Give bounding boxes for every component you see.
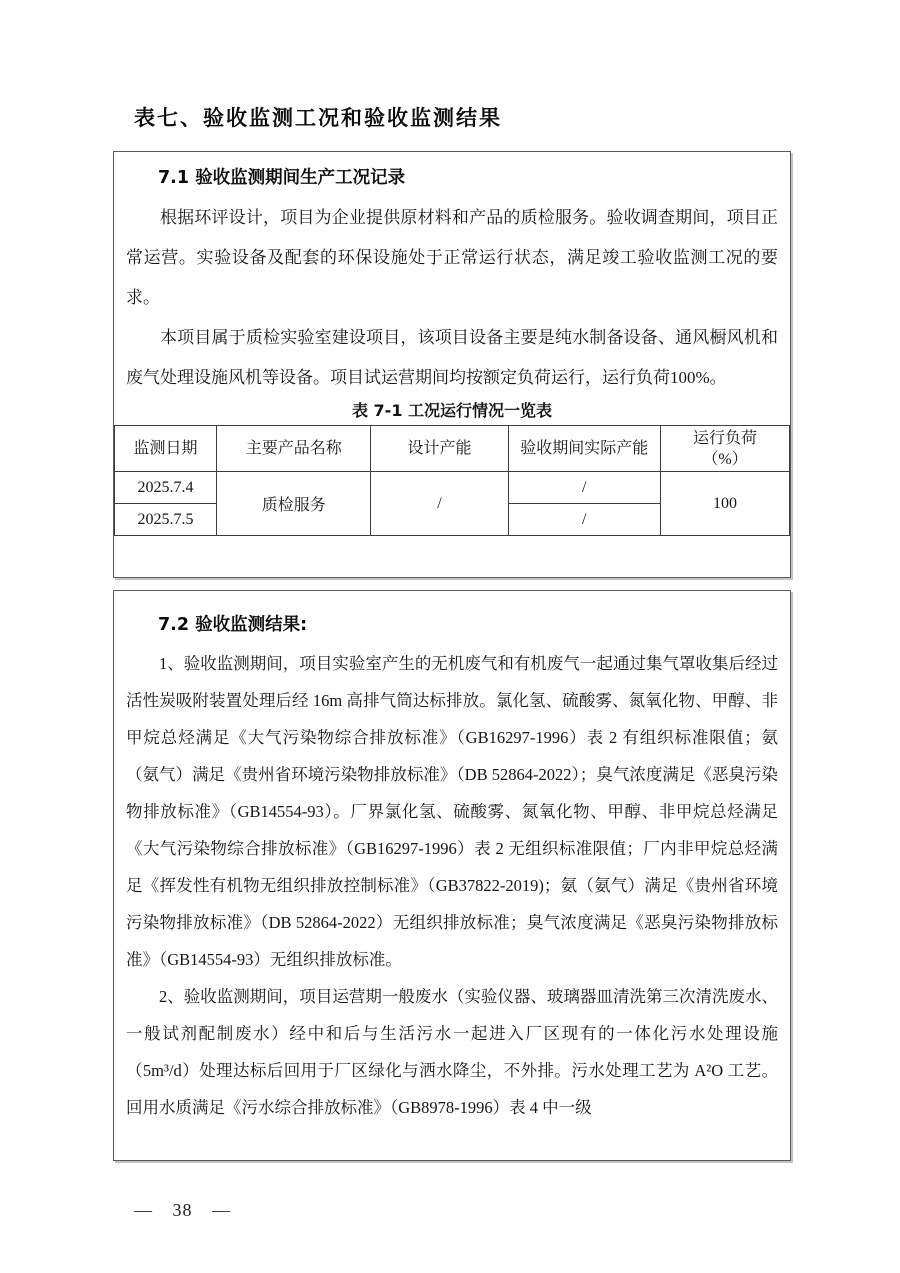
cell-date-1: 2025.7.4 xyxy=(115,472,217,504)
table-row: 2025.7.4 质检服务 / / 100 xyxy=(115,472,790,504)
header-main-product: 主要产品名称 xyxy=(216,426,371,472)
section-7-1-paragraph-1: 根据环评设计，项目为企业提供原材料和产品的质检服务。验收调查期间，项目正常运营。… xyxy=(126,198,778,318)
cell-date-2: 2025.7.5 xyxy=(115,504,217,536)
cell-actual-capacity-1: / xyxy=(508,472,661,504)
section-7-1-box: 7.1 验收监测期间生产工况记录 根据环评设计，项目为企业提供原材料和产品的质检… xyxy=(113,151,791,578)
cell-product: 质检服务 xyxy=(216,472,371,536)
section-7-2-paragraph-2: 2、验收监测期间，项目运营期一般废水（实验仪器、玻璃器皿清洗第三次清洗废水、一般… xyxy=(126,978,778,1126)
section-7-1-paragraph-2: 本项目属于质检实验室建设项目，该项目设备主要是纯水制备设备、通风橱风机和废气处理… xyxy=(126,318,778,398)
header-design-capacity: 设计产能 xyxy=(371,426,508,472)
section-7-2-box: 7.2 验收监测结果: 1、验收监测期间，项目实验室产生的无机废气和有机废气一起… xyxy=(113,590,791,1161)
section-7-2-paragraph-1: 1、验收监测期间，项目实验室产生的无机废气和有机废气一起通过集气罩收集后经过活性… xyxy=(126,645,778,978)
table-header-row: 监测日期 主要产品名称 设计产能 验收期间实际产能 运行负荷 （%） xyxy=(115,426,790,472)
page-number: — 38 — xyxy=(134,1200,231,1221)
table-7-1-caption: 表 7-1 工况运行情况一览表 xyxy=(114,400,790,422)
header-operating-load-line1: 运行负荷 xyxy=(661,428,789,449)
table-7-1: 监测日期 主要产品名称 设计产能 验收期间实际产能 运行负荷 （%） 2025.… xyxy=(114,425,790,536)
header-actual-capacity: 验收期间实际产能 xyxy=(508,426,661,472)
cell-design-capacity: / xyxy=(371,472,508,536)
header-operating-load: 运行负荷 （%） xyxy=(661,426,790,472)
page-title: 表七、验收监测工况和验收监测结果 xyxy=(134,102,502,132)
header-operating-load-line2: （%） xyxy=(661,449,789,470)
header-monitor-date: 监测日期 xyxy=(115,426,217,472)
cell-load: 100 xyxy=(661,472,790,536)
cell-actual-capacity-2: / xyxy=(508,504,661,536)
section-7-2-heading: 7.2 验收监测结果: xyxy=(158,613,778,637)
section-7-1-heading: 7.1 验收监测期间生产工况记录 xyxy=(158,166,778,190)
document-page: { "page": { "title": "表七、验收监测工况和验收监测结果",… xyxy=(0,0,900,1273)
